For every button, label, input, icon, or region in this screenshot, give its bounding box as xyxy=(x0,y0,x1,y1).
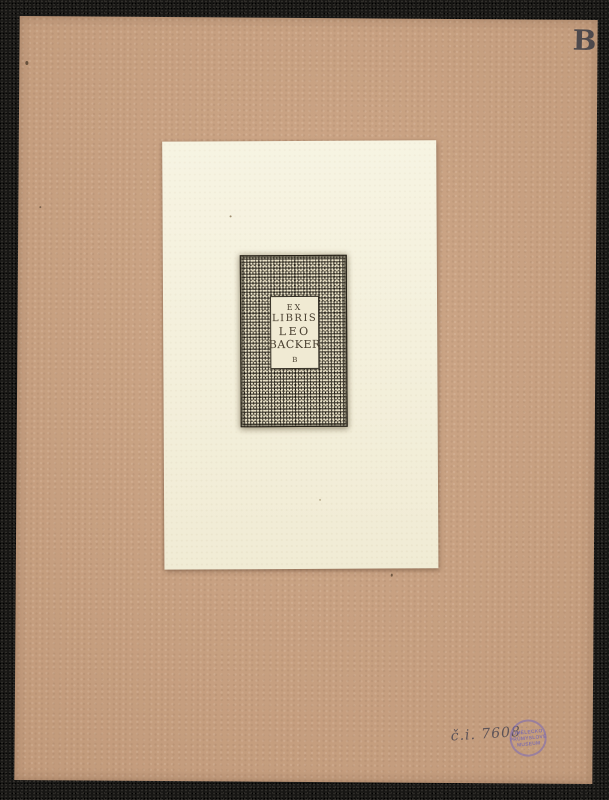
paper-speck xyxy=(319,499,321,501)
bookplate-line-backer: BACKER xyxy=(269,338,321,351)
bookplate: EX LIBRIS LEO BACKER B xyxy=(240,255,348,428)
dust-speck xyxy=(39,206,41,208)
bookplate-line-ex: EX xyxy=(287,302,303,313)
dust-speck xyxy=(25,61,28,65)
bookplate-line-leo: LEO xyxy=(279,325,311,338)
bookplate-line-libris: LIBRIS xyxy=(272,313,317,325)
bookplate-title-panel: EX LIBRIS LEO BACKER B xyxy=(270,296,319,369)
bookplate-monogram: B xyxy=(292,356,297,364)
scan-background: B EX LIBRIS LEO BACKER B č.i. 7608 · · ·… xyxy=(0,0,609,800)
print-sheet: EX LIBRIS LEO BACKER B xyxy=(162,140,438,569)
dust-speck xyxy=(391,574,393,577)
mat-board: B EX LIBRIS LEO BACKER B č.i. 7608 · · ·… xyxy=(14,16,597,784)
paper-speck xyxy=(230,215,232,217)
stamp-bottom-arc: · · · xyxy=(523,746,535,751)
collection-letter: B xyxy=(564,23,605,57)
